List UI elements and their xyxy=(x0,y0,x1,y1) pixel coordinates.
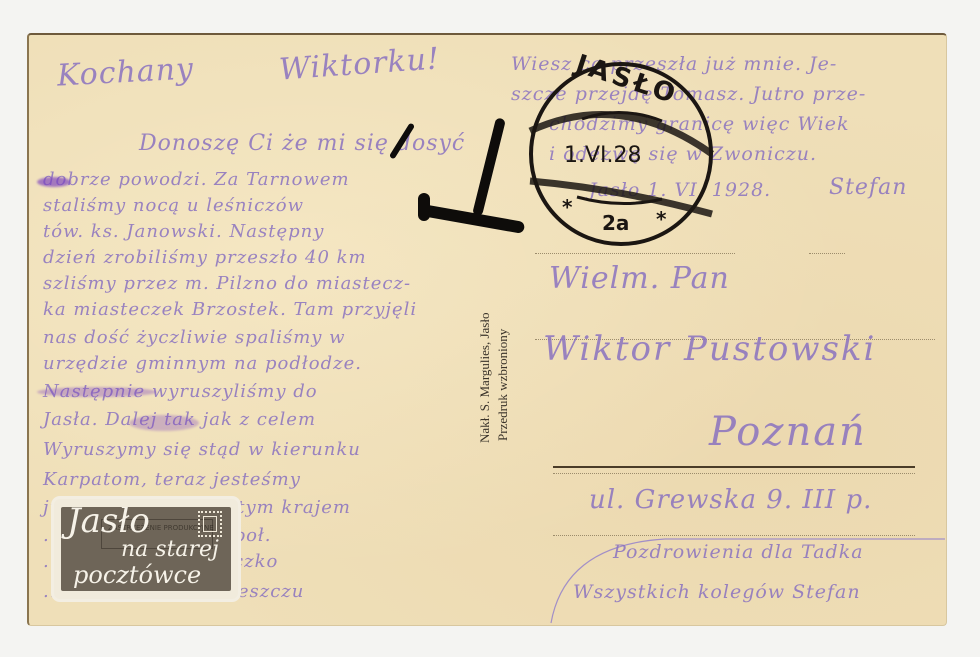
salutation-greeting: Kochany xyxy=(56,51,195,93)
postscript-line: Wszystkich kolegów Stefan xyxy=(573,581,861,603)
message-line: nas dość życzliwie spaliśmy w xyxy=(43,325,346,351)
postmark-date: 1.VI.28 xyxy=(564,143,642,168)
address-dotted-line xyxy=(535,253,735,254)
address-recipient-name: Wiktor Pustowski xyxy=(543,329,876,369)
signature: Stefan xyxy=(829,175,907,200)
address-dotted-line xyxy=(553,473,915,474)
message-line: tów. ks. Janowski. Następny xyxy=(43,219,324,245)
cancellation-stroke xyxy=(472,117,506,216)
logo-panel: ZASTRZEŻENIE PRODUKCYJNE Jasło na starej… xyxy=(61,507,231,591)
address-honorific: Wielm. Pan xyxy=(549,261,730,296)
stamp-icon xyxy=(198,511,222,537)
reprint-notice: Przedruk wzbroniony xyxy=(495,329,511,441)
ink-blot xyxy=(37,177,71,187)
message-line: dobrze powodzi. Za Tarnowem xyxy=(43,167,350,193)
address-street: ul. Grewska 9. III p. xyxy=(589,485,872,515)
watermark-logo: ZASTRZEŻENIE PRODUKCYJNE Jasło na starej… xyxy=(54,499,238,599)
cancellation-stroke xyxy=(418,193,430,221)
ink-blot xyxy=(37,387,157,397)
ink-blot xyxy=(129,415,199,431)
message-line: Karpatom, teraz jesteśmy xyxy=(43,467,301,493)
message-line: szliśmy przez m. Pilzno do miastecz- xyxy=(43,271,411,297)
postmark-number: 2a xyxy=(602,211,629,235)
logo-title: Jasło xyxy=(67,507,150,541)
salutation-name: Wiktorku! xyxy=(278,41,441,87)
publisher-name: Nakł. S. Margulies, Jasło xyxy=(477,313,493,443)
message-line: Wyruszymy się stąd w kierunku xyxy=(43,437,361,463)
logo-subtitle: na starej xyxy=(121,537,219,562)
postmark-star-left: * xyxy=(562,195,572,219)
address-underline xyxy=(553,466,915,468)
postscript-line: Pozdrowienia dla Tadka xyxy=(613,541,864,563)
message-line: urzędzie gminnym na podłodze. xyxy=(43,351,362,377)
message-line: staliśmy nocą u leśniczów xyxy=(43,193,304,219)
logo-subtitle: pocztówce xyxy=(73,561,201,589)
publisher-imprint: Nakł. S. Margulies, Jasło Przedruk wzbro… xyxy=(477,253,523,443)
address-city: Poznań xyxy=(709,409,867,455)
message-line: dzień zrobiliśmy przeszło 40 km xyxy=(43,245,367,271)
message-line: ka miasteczek Brzostek. Tam przyjęli xyxy=(43,297,417,323)
address-dotted-line xyxy=(809,253,845,254)
postmark-star-right: * xyxy=(656,207,666,231)
postcard-back: Kochany Wiktorku! Donoszę Ci że mi się d… xyxy=(27,33,947,626)
message-line: Donoszę Ci że mi się dosyć xyxy=(139,131,465,156)
postmark: JASŁO 1.VI.28 * 2a * xyxy=(522,59,720,249)
